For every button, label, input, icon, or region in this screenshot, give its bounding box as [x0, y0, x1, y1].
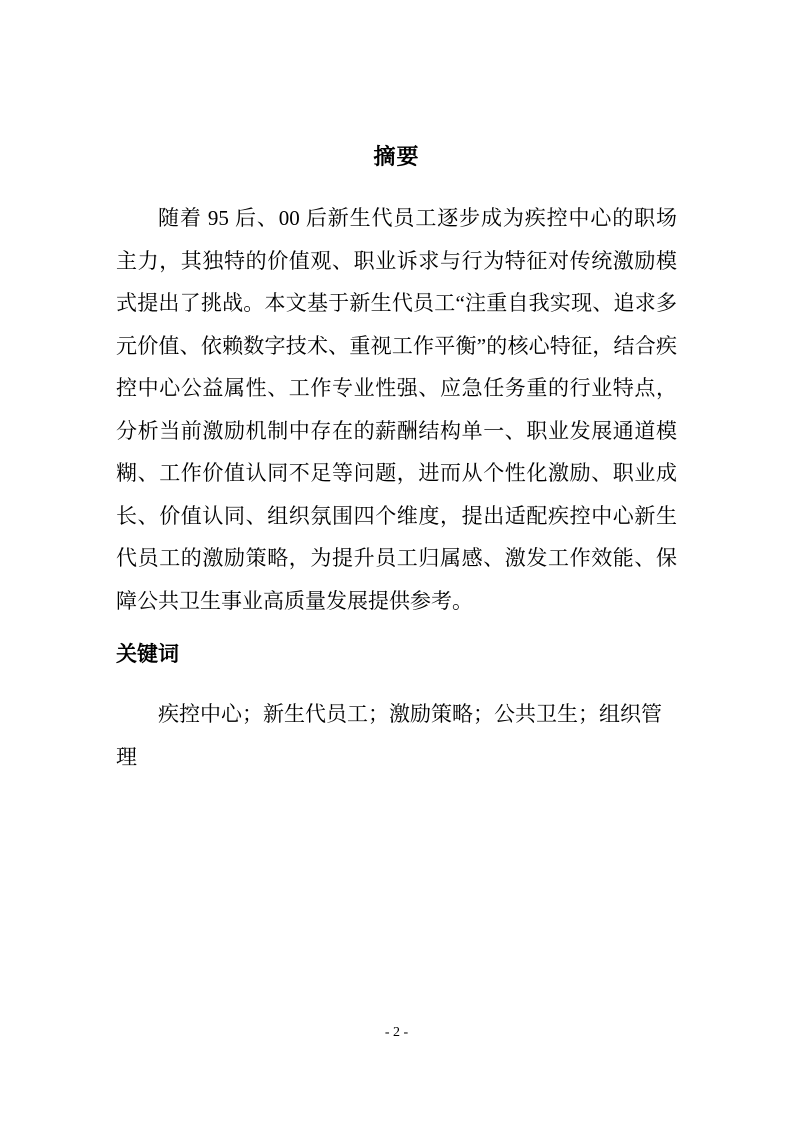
keywords-heading: 关键词 — [116, 643, 677, 667]
page-number: - 2 - — [0, 1026, 793, 1040]
page-content: 摘要 随着 95 后、00 后新生代员工逐步成为疾控中心的职场主力，其独特的价值… — [0, 0, 793, 778]
abstract-title: 摘要 — [116, 0, 677, 169]
abstract-paragraph: 随着 95 后、00 后新生代员工逐步成为疾控中心的职场主力，其独特的价值观、职… — [116, 197, 677, 622]
keywords-line: 疾控中心；新生代员工；激励策略；公共卫生；组织管理 — [116, 693, 677, 778]
document-page: 摘要 随着 95 后、00 后新生代员工逐步成为疾控中心的职场主力，其独特的价值… — [0, 0, 793, 1122]
